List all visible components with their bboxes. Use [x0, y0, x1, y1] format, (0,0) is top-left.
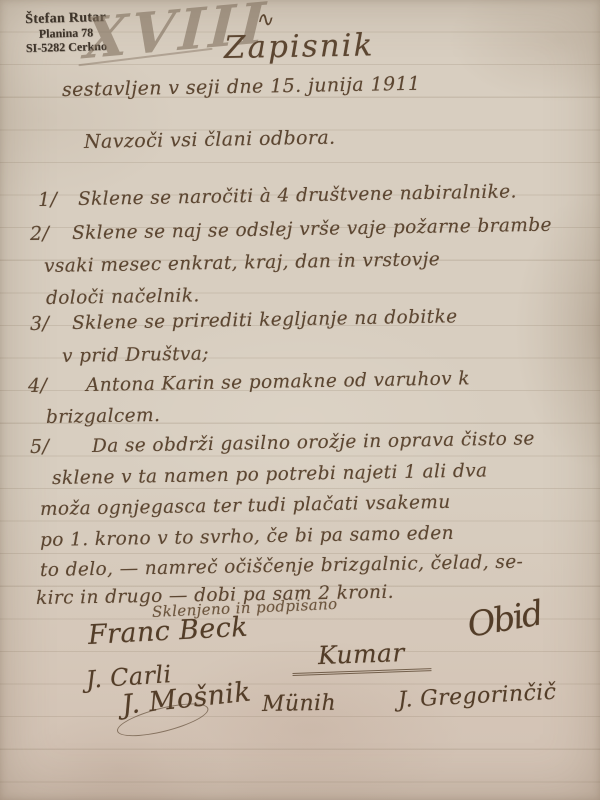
item-1-number: 1/	[38, 189, 58, 211]
document-title: Zapisnik	[224, 27, 375, 66]
item-4-line: Antona Karin se pomakne od varuhov k	[86, 368, 470, 396]
item-3-line: v prid Društva;	[62, 343, 209, 367]
item-4-number: 4/	[28, 375, 48, 397]
item-1-line: Sklene se naročiti à 4 društvene nabiral…	[78, 181, 517, 210]
document-subtitle: sestavljen v seji dne 15. junija 1911	[62, 73, 421, 101]
item-5-line: sklene v ta namen po potrebi najeti 1 al…	[52, 460, 488, 489]
item-5-line: to delo, — namreč očiščenje brizgalnic, …	[40, 552, 524, 581]
item-5-line: Da se obdrži gasilno orožje in oprava či…	[92, 428, 535, 457]
item-5-line: moža ognjegasca ter tudi plačati vsakemu	[40, 492, 451, 520]
signature: Obid	[465, 593, 545, 645]
item-2-line: Sklene se naj se odslej vrše vaje požarn…	[72, 215, 552, 244]
signature: Kumar	[291, 637, 431, 676]
item-2-line: določi načelnik.	[46, 285, 200, 309]
item-3-line: Sklene se prirediti kegljanje na dobitke	[72, 306, 458, 334]
item-2-line: vsaki mesec enkrat, kraj, dan in vrstovj…	[44, 249, 440, 277]
item-5-number: 5/	[30, 436, 50, 458]
item-2-number: 2/	[30, 223, 50, 245]
signature: Münih	[262, 691, 337, 717]
signature: J. Gregorinčič	[397, 680, 557, 713]
item-4-line: brizgalcem.	[46, 405, 161, 428]
scanned-document-page: Štefan Rutar Planina 78 SI-5282 Cerkno X…	[0, 0, 600, 800]
signature: Franc Beck	[87, 612, 249, 651]
item-3-number: 3/	[30, 313, 50, 335]
attendance-note: Navzoči vsi člani odbora.	[84, 127, 336, 153]
item-5-line: po 1. krono v to svrho, če bi pa samo ed…	[40, 523, 454, 551]
